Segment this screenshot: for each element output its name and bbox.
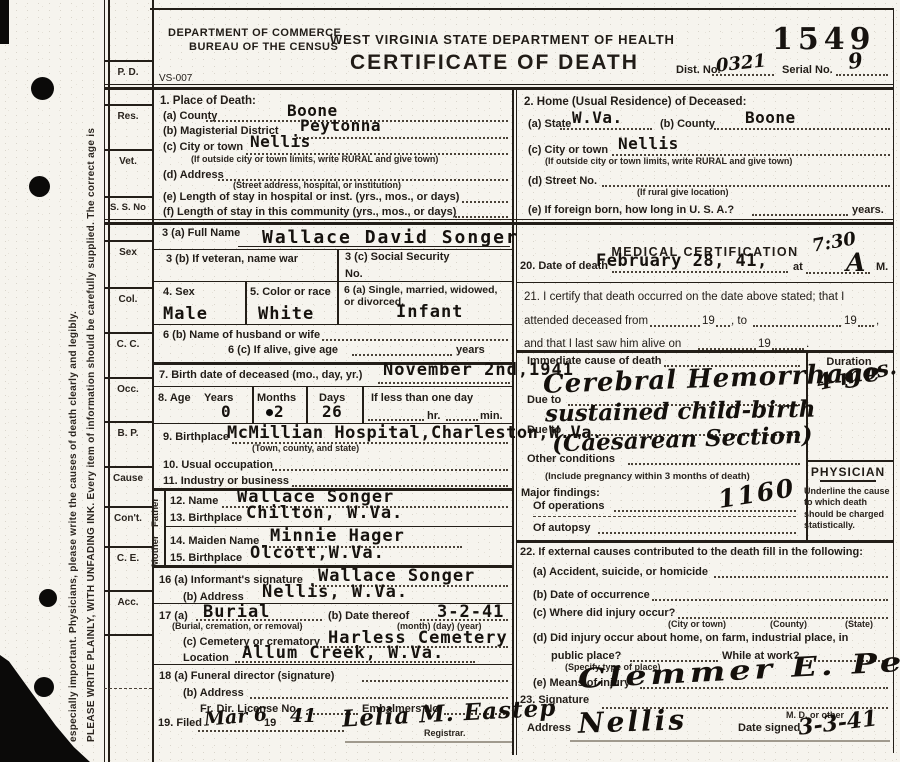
index-tab-pd: P. D. (104, 67, 152, 78)
father-birthplace-value: Chilton, W.Va. (246, 505, 403, 522)
rule (104, 466, 152, 468)
year2-label: 19 (844, 315, 857, 328)
rule (150, 8, 894, 10)
dotted-line (378, 382, 510, 384)
of-autopsy-label: Of autopsy (533, 522, 590, 535)
spouse-label: 6 (b) Name of husband or wife (163, 329, 320, 342)
index-tab-bp: B. P. (104, 428, 152, 439)
pod-city-value: Nellis (250, 134, 311, 150)
rule (104, 240, 152, 242)
date-signed-label: Date signed (738, 722, 800, 735)
m-label: M. (876, 261, 888, 274)
pod-city-label: (c) City or town (163, 141, 243, 154)
margin-note-line2: especially important. Physicians, please… (68, 311, 79, 742)
rule (533, 516, 796, 517)
dotted-line (296, 137, 508, 139)
ink-blot (266, 409, 273, 416)
external-c-hint-county: (County) (770, 620, 807, 630)
serial-number-value: 9 (847, 49, 864, 72)
residence-title: 2. Home (Usual Residence) of Deceased: (524, 96, 746, 109)
rule (104, 332, 152, 334)
dotted-line (652, 599, 888, 601)
age-less-label: If less than one day (371, 392, 473, 405)
index-tab-occ: Occ. (104, 384, 152, 395)
informant-addr-value: Nellis, W.Va. (262, 584, 408, 601)
dotted-line (272, 469, 508, 471)
rule (252, 386, 254, 423)
dotted-line (198, 730, 344, 732)
scan-edge-top-left (0, 0, 9, 44)
rule (152, 664, 512, 665)
dotted-line (714, 576, 888, 578)
date-of-death-value: February 28, 41, (596, 253, 768, 270)
filed-year-printed: 19 (264, 717, 276, 730)
dotted-line (455, 216, 508, 218)
marital-label-1: 6 (a) Single, married, widowed, (344, 284, 497, 296)
marital-value: Infant (396, 304, 463, 321)
rule (104, 506, 152, 508)
rule (245, 281, 247, 324)
index-tab-sex: Sex (104, 247, 152, 258)
rule (104, 634, 152, 636)
rule (820, 480, 876, 482)
comma-label: , (876, 315, 879, 328)
rule (104, 688, 152, 689)
attended-label: attended deceased from (524, 315, 648, 328)
rule (104, 60, 152, 62)
age-days-value: 26 (322, 404, 342, 420)
race-label: 5. Color or race (250, 286, 331, 299)
father-name-label: 12. Name (170, 495, 218, 508)
ssn-label: 3 (c) Social Security (345, 251, 450, 264)
rule (362, 386, 364, 423)
rule (104, 196, 152, 198)
filed-year-handwritten: 41 (290, 707, 316, 726)
doc-title: CERTIFICATE OF DEATH (350, 51, 630, 75)
rule (238, 246, 510, 247)
dotted-line (858, 325, 874, 327)
dotted-line (753, 325, 841, 327)
dotted-line (650, 325, 700, 327)
dotted-line (612, 271, 788, 273)
rule (104, 546, 152, 548)
rule (512, 87, 514, 755)
dotted-line (446, 419, 478, 421)
rule (104, 219, 894, 220)
pod-community-stay-label: (f) Length of stay in this community (yr… (163, 206, 456, 219)
external-b-label: (b) Date of occurrence (533, 589, 650, 602)
index-tab-ce: C. E. (104, 553, 152, 564)
sex-label: 4. Sex (163, 286, 195, 299)
rule (152, 281, 512, 282)
rule (893, 8, 894, 753)
industry-label: 11. Industry or business (163, 475, 289, 488)
dotted-line (614, 510, 796, 512)
alive-age-suffix: years (456, 344, 485, 357)
external-d-label-2: public place? (551, 650, 621, 663)
hole-punch (39, 589, 57, 607)
due-to-1-handwritten: sustained child-birth (545, 398, 816, 426)
rule (345, 741, 512, 743)
physician-box-title: PHYSICIAN (806, 466, 890, 480)
hole-punch (29, 176, 50, 197)
dotted-line (836, 74, 888, 76)
rule (104, 287, 152, 289)
index-tab-col: Col. (104, 294, 152, 305)
birthplace-value: McMillian Hospital,Charleston,W.Va. (227, 425, 603, 442)
margin-note-line1: PLEASE WRITE PLAINLY, WITH UNFADING INK.… (86, 128, 97, 742)
external-c-label: (c) Where did injury occur? (533, 607, 675, 620)
res-street-label: (d) Street No. (528, 175, 597, 188)
mother-birthplace-value: Olcott,W.Va. (250, 545, 385, 562)
filed-label: 19. Filed (158, 717, 202, 730)
dotted-line (560, 128, 652, 130)
rule (337, 249, 339, 281)
age-months-value: 2 (274, 404, 284, 420)
registrar-signature: Lelia M. Eastep (342, 696, 557, 730)
dotted-line (352, 354, 452, 356)
rule (337, 281, 339, 324)
rule (806, 460, 893, 462)
res-city-hint: (If outside city or town limits, write R… (545, 157, 792, 167)
index-tab-acc: Acc. (104, 597, 152, 608)
rule (152, 386, 512, 387)
mother-tab: Mother (151, 535, 161, 567)
rule (164, 489, 166, 566)
mother-name-label: 14. Maiden Name (170, 535, 259, 548)
pod-address-label: (d) Address (163, 169, 224, 182)
certifier-addr-label: Address (527, 722, 571, 735)
dotted-line (462, 201, 508, 203)
age-hr-label: hr. (427, 410, 440, 423)
to-label: , to (731, 315, 747, 328)
rule (152, 324, 512, 325)
death-certificate-scan: PLEASE WRITE PLAINLY, WITH UNFADING INK.… (0, 0, 900, 762)
rule (104, 590, 152, 592)
dept-line2: BUREAU OF THE CENSUS (189, 41, 338, 54)
rule (104, 87, 894, 90)
hole-punch (31, 77, 54, 100)
father-birthplace-label: 13. Birthplace (170, 512, 242, 525)
major-findings-label: Major findings: (521, 487, 600, 500)
birthplace-label: 9. Birthplace (163, 431, 229, 444)
pod-address-hint: (Street address, hospital, or institutio… (233, 181, 401, 191)
occupation-label: 10. Usual occupation (163, 459, 273, 472)
form-code: VS-007 (159, 73, 192, 85)
funeral-addr-label: (b) Address (183, 687, 244, 700)
age-label: 8. Age (158, 392, 191, 405)
dotted-line (235, 661, 475, 663)
age-min-label: min. (480, 410, 503, 423)
rule (516, 282, 893, 283)
cemetery-location-value: Allum Creek, W.Va. (242, 645, 444, 662)
rule (104, 149, 152, 151)
burial-type-hint: (Burial, cremation, or removal) (172, 622, 303, 632)
serial-number-label: Serial No. (782, 64, 833, 77)
year1-label: 19 (702, 315, 715, 328)
dotted-line (806, 272, 870, 274)
rule (152, 0, 154, 762)
res-foreign-suffix: years. (852, 204, 884, 217)
mother-birthplace-label: 15. Birthplace (170, 552, 242, 565)
certifier-addr-handwritten: Nellis (578, 706, 688, 738)
full-name-value: Wallace David Songer (262, 229, 519, 247)
alive-age-label: 6 (c) If alive, give age (228, 344, 338, 357)
dotted-line (752, 214, 848, 216)
ssn-label2: No. (345, 268, 363, 281)
rule (152, 249, 512, 250)
dotted-line (362, 680, 508, 682)
pod-hospital-stay-label: (e) Length of stay in hospital or inst. … (163, 191, 459, 204)
physician-box-note: Underline the cause to which death shoul… (804, 486, 890, 531)
res-county-label: (b) County (660, 118, 715, 131)
index-tab-cont: Con't. (104, 513, 152, 524)
external-c-hint-state: (State) (845, 620, 873, 630)
external-title: 22. If external causes contributed to th… (520, 546, 863, 559)
dotted-line (322, 339, 508, 341)
full-name-label: 3 (a) Full Name (162, 227, 240, 240)
district-number-value: 0321 (715, 52, 767, 75)
index-tab-cause: Cause (104, 473, 152, 484)
external-d-label-1: (d) Did injury occur about home, on farm… (533, 632, 848, 645)
hole-punch (34, 677, 54, 697)
registrar-label: Registrar. (424, 729, 466, 739)
res-city-label: (c) City or town (528, 144, 608, 157)
certify-line1: 21. I certify that death occurred on the… (524, 291, 844, 304)
external-c-hint-city: (City or town) (668, 620, 726, 630)
external-a-label: (a) Accident, suicide, or homicide (533, 566, 708, 579)
index-tab-ssno: S. S. No (104, 203, 152, 213)
rule (516, 350, 893, 353)
pod-district-value: Peytonna (300, 118, 381, 134)
due-to-2-handwritten: (Caesarean Section) (552, 423, 813, 455)
rule (104, 104, 152, 106)
cemetery-location-label: Location (183, 652, 229, 665)
birth-date-label: 7. Birth date of deceased (mo., day, yr.… (159, 369, 362, 382)
res-foreign-label: (e) If foreign born, how long in U. S. A… (528, 204, 734, 217)
res-street-hint: (If rural give location) (637, 188, 729, 198)
index-tab-res: Res. (104, 111, 152, 122)
birthplace-hint: (Town, county, and state) (252, 444, 359, 454)
father-tab: Father (151, 498, 161, 527)
res-city-value: Nellis (618, 136, 679, 152)
sex-value: Male (163, 306, 208, 323)
dotted-line (714, 128, 890, 130)
veteran-label: 3 (b) If veteran, name war (166, 253, 298, 266)
race-value: White (258, 306, 314, 323)
dotted-line (716, 325, 730, 327)
date-of-death-label: 20. Date of death (520, 260, 608, 273)
place-of-death-title: 1. Place of Death: (160, 95, 256, 108)
rule (104, 421, 152, 423)
rule (104, 84, 894, 85)
rule (104, 222, 894, 225)
state-title: WEST VIRGINIA STATE DEPARTMENT OF HEALTH (330, 33, 650, 48)
res-state-value: W.Va. (572, 110, 623, 126)
rule (516, 87, 517, 755)
rule (306, 386, 308, 423)
of-operations-label: Of operations (533, 500, 605, 513)
dotted-line (712, 74, 774, 76)
rule (516, 540, 893, 543)
age-years-value: 0 (221, 404, 231, 420)
index-tab-cc: C. C. (104, 339, 152, 350)
dept-line1: DEPARTMENT OF COMMERCE (168, 27, 341, 40)
pod-city-hint: (If outside city or town limits, write R… (191, 155, 438, 165)
res-county-value: Boone (745, 110, 796, 126)
at-label: at (793, 261, 803, 274)
dotted-line (368, 419, 424, 421)
funeral-director-label: 18 (a) Funeral director (signature) (159, 670, 334, 683)
pregnancy-hint: (Include pregnancy within 3 months of de… (545, 472, 750, 482)
dotted-line (598, 532, 796, 534)
filed-date-handwritten: Mar 6 (203, 705, 268, 729)
index-tab-vet: Vet. (104, 156, 152, 167)
dotted-line (628, 463, 800, 465)
rule (570, 740, 890, 742)
rule (104, 377, 152, 379)
